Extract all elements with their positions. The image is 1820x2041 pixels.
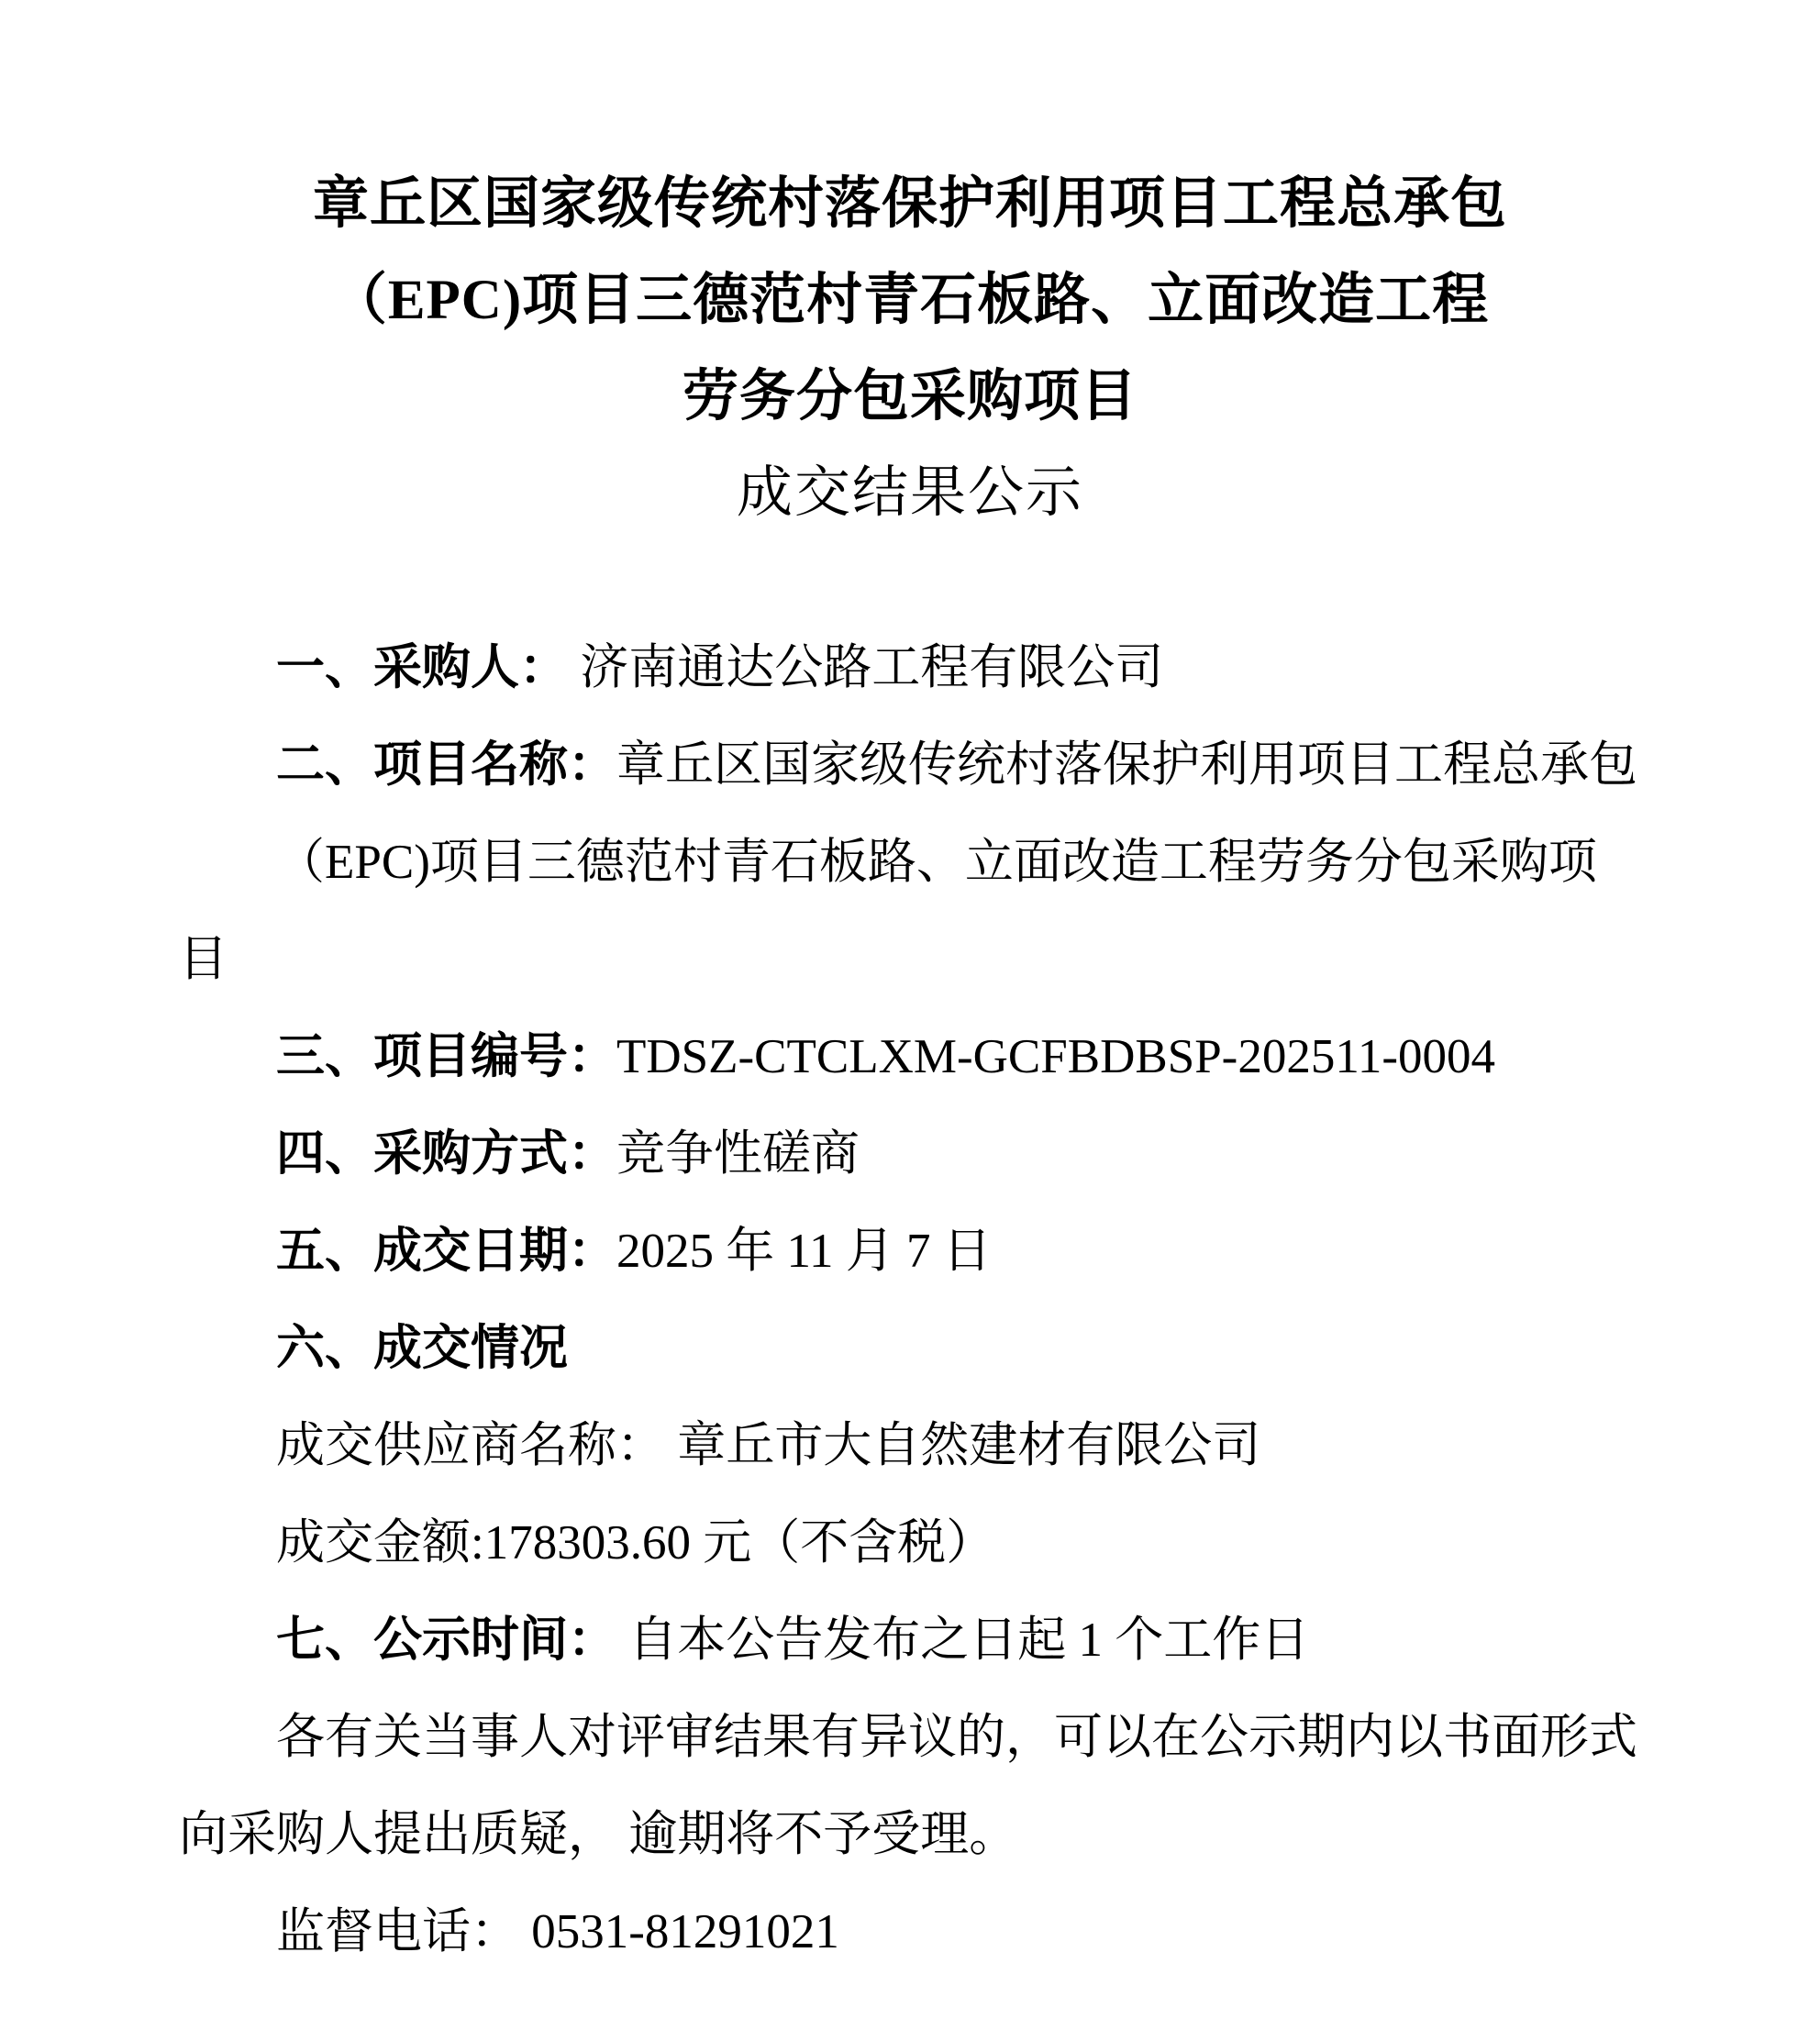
publicity-period-line: 七、公示时间： 自本公告发布之日起 1 个工作日: [179, 1592, 1641, 1689]
deal-amount-label: 成交金额:: [276, 1516, 484, 1570]
project-name-continuation-line: （EPC)项目三德范村青石板路、立面改造工程劳务分包采购项目: [179, 814, 1641, 1008]
title-line-3: 劳务分包采购项目: [179, 349, 1641, 445]
purchaser-line: 一、采购人： 济南通达公路工程有限公司: [179, 619, 1641, 716]
project-name-label: 二、项目名称：: [276, 738, 616, 792]
deal-result-heading: 六、成交情况: [276, 1322, 568, 1375]
publicity-period-label: 七、公示时间：: [276, 1614, 616, 1667]
deal-date-value: 2025 年 11 月 7 日: [616, 1225, 992, 1278]
project-name-line: 二、项目名称：章丘区国家级传统村落保护利用项目工程总承包: [179, 716, 1641, 814]
supervision-phone-label: 监督电话：: [276, 1905, 519, 1958]
project-name-continuation: （EPC)项目三德范村青石板路、立面改造工程劳务分包采购项目: [179, 836, 1597, 986]
procurement-method-value: 竞争性磋商: [616, 1127, 860, 1181]
project-number-value: TDSZ-CTCLXM-GCFBDBSP-202511-0004: [616, 1030, 1495, 1083]
deal-amount-value: 178303.60 元（不含税）: [484, 1516, 995, 1570]
deal-date-line: 五、成交日期：2025 年 11 月 7 日: [179, 1203, 1641, 1300]
objection-paragraph: 各有关当事人对评审结果有异议的，可以在公示期内以书面形式向采购人提出质疑， 逾期…: [179, 1689, 1641, 1883]
supervision-phone-value: 0531-81291021: [519, 1905, 839, 1958]
project-name-value: 章丘区国家级传统村落保护利用项目工程总承包: [616, 738, 1637, 792]
supplier-label: 成交供应商名称：: [276, 1419, 665, 1472]
announcement-document-page: 章丘区国家级传统村落保护利用项目工程总承包 （EPC)项目三德范村青石板路、立面…: [0, 0, 1820, 2041]
supplier-value: 章丘市大自然建材有限公司: [665, 1419, 1260, 1472]
purchaser-value: 济南通达公路工程有限公司: [568, 641, 1163, 694]
deal-date-label: 五、成交日期：: [276, 1225, 616, 1278]
procurement-method-line: 四、采购方式：竞争性磋商: [179, 1105, 1641, 1203]
purchaser-label: 一、采购人：: [276, 641, 568, 694]
project-number-label: 三、项目编号：: [276, 1030, 616, 1083]
publicity-period-value: 自本公告发布之日起 1 个工作日: [616, 1614, 1309, 1667]
document-body: 一、采购人： 济南通达公路工程有限公司 二、项目名称：章丘区国家级传统村落保护利…: [179, 619, 1641, 1980]
title-line-result: 成交结果公示: [179, 445, 1641, 541]
document-title: 章丘区国家级传统村落保护利用项目工程总承包 （EPC)项目三德范村青石板路、立面…: [179, 156, 1641, 541]
deal-amount-line: 成交金额:178303.60 元（不含税）: [179, 1494, 1641, 1592]
supplier-line: 成交供应商名称： 章丘市大自然建材有限公司: [179, 1397, 1641, 1494]
project-number-line: 三、项目编号：TDSZ-CTCLXM-GCFBDBSP-202511-0004: [179, 1008, 1641, 1105]
supervision-phone-line: 监督电话： 0531-81291021: [179, 1883, 1641, 1980]
procurement-method-label: 四、采购方式：: [276, 1127, 616, 1181]
title-line-2: （EPC)项目三德范村青石板路、立面改造工程: [179, 252, 1641, 349]
title-line-1: 章丘区国家级传统村落保护利用项目工程总承包: [179, 156, 1641, 252]
deal-result-heading-line: 六、成交情况: [179, 1300, 1641, 1397]
